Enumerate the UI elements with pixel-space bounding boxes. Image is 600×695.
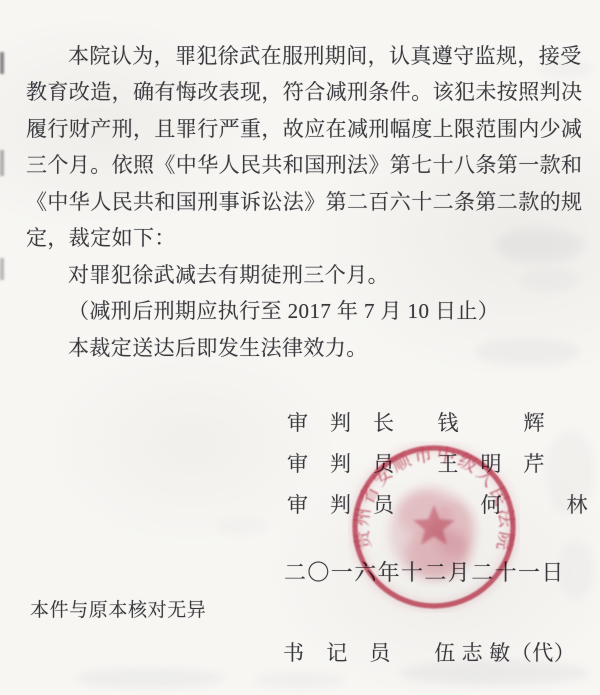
scan-artifact — [255, 672, 345, 688]
clerk-line: 书 记 员 伍 志 敏（代） — [283, 637, 576, 667]
scan-edge-mark — [0, 258, 4, 280]
body-line: 三个月。依照《中华人民共和国刑法》第七十八条第一款和 — [26, 147, 586, 183]
court-seal-icon: 贵州省安顺市中级人民法院 — [348, 441, 520, 613]
ruling-line: 对罪犯徐武减去有期徒刑三个月。 — [26, 257, 586, 293]
certification-note: 本件与原本核对无异 — [30, 595, 206, 622]
scan-artifact — [75, 668, 225, 688]
scan-edge-mark — [0, 150, 4, 176]
opinion-paragraph: 本院认为，罪犯徐武在服刑期间，认真遵守监规，接受 教育改造，确有悔改表现，符合减… — [26, 38, 586, 256]
ruling-line: 本裁定送达后即发生法律效力。 — [26, 330, 586, 366]
body-line: 本院认为，罪犯徐武在服刑期间，认真遵守监规，接受 — [26, 38, 586, 74]
scan-edge-mark — [0, 52, 4, 74]
body-line: 履行财产刑，且罪行严重，故应在减刑幅度上限范围内少减 — [26, 111, 586, 147]
body-line: 《中华人民共和国刑事诉讼法》第二百六十二条第二款的规 — [26, 184, 586, 220]
ruling-paragraph: 对罪犯徐武减去有期徒刑三个月。 （减刑后刑期应执行至 2017 年 7 月 10… — [26, 257, 586, 366]
presiding-judge-line: 审 判 长 钱 辉 — [287, 407, 545, 437]
body-line: 教育改造，确有悔改表现，符合减刑条件。该犯未按照判决 — [26, 74, 586, 110]
scan-artifact — [215, 518, 270, 534]
court-ruling-page: 本院认为，罪犯徐武在服刑期间，认真遵守监规，接受 教育改造，确有悔改表现，符合减… — [0, 0, 600, 695]
body-line: 定，裁定如下： — [26, 220, 586, 256]
ruling-line: （减刑后刑期应执行至 2017 年 7 月 10 日止） — [26, 293, 586, 329]
